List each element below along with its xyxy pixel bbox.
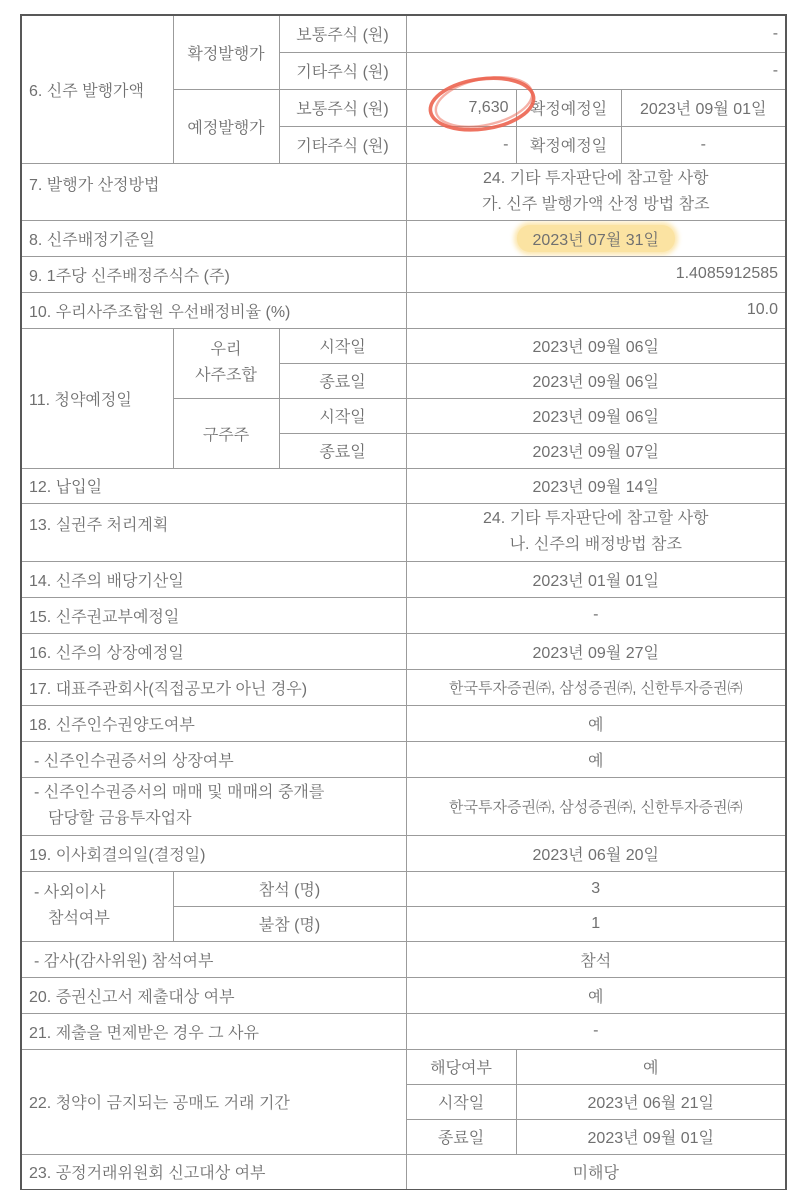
disclosure-page: 6. 신주 발행가액 확정발행가 보통주식 (원) - 기타주식 (원) - 예… — [0, 0, 800, 1190]
row17-value: 한국투자증권㈜, 삼성증권㈜, 신한투자증권㈜ — [406, 669, 786, 705]
confirmed-other-stock-label: 기타주식 (원) — [279, 52, 406, 89]
table-row: - 신주인수권증서의 매매 및 매매의 중개를 담당할 금융투자업자 한국투자증… — [21, 777, 786, 835]
row9-label: 9. 1주당 신주배정주식수 (주) — [21, 256, 406, 292]
esop-start-value: 2023년 09월 06일 — [406, 328, 786, 363]
row22-start-value: 2023년 06월 21일 — [516, 1084, 786, 1119]
row7-label: 7. 발행가 산정방법 — [21, 163, 406, 220]
row8-label: 8. 신주배정기준일 — [21, 220, 406, 256]
row7-value: 24. 기타 투자판단에 참고할 사항 가. 신주 발행가액 산정 방법 참조 — [406, 163, 786, 220]
row13-label: 13. 실권주 처리계획 — [21, 503, 406, 561]
table-row: 16. 신주의 상장예정일 2023년 09월 27일 — [21, 633, 786, 669]
expected-other-date-label: 확정예정일 — [516, 126, 621, 163]
row10-value: 10.0 — [406, 292, 786, 328]
auditor-attendance-label: - 감사(감사위원) 참석여부 — [21, 941, 406, 977]
row11-label: 11. 청약예정일 — [21, 328, 173, 468]
row14-label: 14. 신주의 배당기산일 — [21, 561, 406, 597]
table-row: 17. 대표주관회사(직접공모가 아닌 경우) 한국투자증권㈜, 삼성증권㈜, … — [21, 669, 786, 705]
absent-count-label: 불참 (명) — [173, 906, 406, 941]
table-row: 20. 증권신고서 제출대상 여부 예 — [21, 977, 786, 1013]
attend-count-label: 참석 (명) — [173, 871, 406, 906]
row21-label: 21. 제출을 면제받은 경우 그 사유 — [21, 1013, 406, 1049]
table-row: 18. 신주인수권양도여부 예 — [21, 705, 786, 741]
table-row: 14. 신주의 배당기산일 2023년 01월 01일 — [21, 561, 786, 597]
disclosure-table: 6. 신주 발행가액 확정발행가 보통주식 (원) - 기타주식 (원) - 예… — [20, 14, 787, 1190]
outside-directors-label-line2: 참석여부 — [34, 906, 166, 932]
expected-other-date-value: - — [621, 126, 786, 163]
auditor-attendance-value: 참석 — [406, 941, 786, 977]
table-row: 22. 청약이 금지되는 공매도 거래 기간 해당여부 예 — [21, 1049, 786, 1084]
row22-applicable-value: 예 — [516, 1049, 786, 1084]
row13-value-line1: 24. 기타 투자판단에 참고할 사항 — [414, 506, 779, 532]
expected-other-stock-label: 기타주식 (원) — [279, 126, 406, 163]
old-shareholders-start-label: 시작일 — [279, 398, 406, 433]
absent-count-value: 1 — [406, 906, 786, 941]
attend-count-value: 3 — [406, 871, 786, 906]
row12-value: 2023년 09월 14일 — [406, 468, 786, 503]
row15-value: - — [406, 597, 786, 633]
confirmed-other-stock-value: - — [406, 52, 786, 89]
table-row: 7. 발행가 산정방법 24. 기타 투자판단에 참고할 사항 가. 신주 발행… — [21, 163, 786, 220]
old-shareholders-end-value: 2023년 09월 07일 — [406, 433, 786, 468]
row22-end-label: 종료일 — [406, 1119, 516, 1154]
row22-applicable-label: 해당여부 — [406, 1049, 516, 1084]
expected-price-label: 예정발행가 — [173, 89, 279, 163]
row22-start-label: 시작일 — [406, 1084, 516, 1119]
row8-value: 2023년 07월 31일 — [406, 220, 786, 256]
row15-label: 15. 신주권교부예정일 — [21, 597, 406, 633]
row19-value: 2023년 06월 20일 — [406, 835, 786, 871]
esop-label: 우리 사주조합 — [173, 328, 279, 398]
table-row: - 사외이사 참석여부 참석 (명) 3 — [21, 871, 786, 906]
row7-value-line1: 24. 기타 투자판단에 참고할 사항 — [414, 166, 779, 192]
old-shareholders-label: 구주주 — [173, 398, 279, 468]
old-shareholders-end-label: 종료일 — [279, 433, 406, 468]
table-row: 21. 제출을 면제받은 경우 그 사유 - — [21, 1013, 786, 1049]
row22-label: 22. 청약이 금지되는 공매도 거래 기간 — [21, 1049, 406, 1154]
row21-value: - — [406, 1013, 786, 1049]
table-row: 13. 실권주 처리계획 24. 기타 투자판단에 참고할 사항 나. 신주의 … — [21, 503, 786, 561]
table-row: - 신주인수권증서의 상장여부 예 — [21, 741, 786, 777]
row18-value: 예 — [406, 705, 786, 741]
confirmed-common-stock-value: - — [406, 15, 786, 52]
table-row: 8. 신주배정기준일 2023년 07월 31일 — [21, 220, 786, 256]
old-shareholders-start-value: 2023년 09월 06일 — [406, 398, 786, 433]
row13-value: 24. 기타 투자판단에 참고할 사항 나. 신주의 배정방법 참조 — [406, 503, 786, 561]
table-row: 10. 우리사주조합원 우선배정비율 (%) 10.0 — [21, 292, 786, 328]
confirmed-price-label: 확정발행가 — [173, 15, 279, 89]
table-row: 11. 청약예정일 우리 사주조합 시작일 2023년 09월 06일 — [21, 328, 786, 363]
row18-brokers-value: 한국투자증권㈜, 삼성증권㈜, 신한투자증권㈜ — [406, 777, 786, 835]
row16-label: 16. 신주의 상장예정일 — [21, 633, 406, 669]
row23-label: 23. 공정거래위원회 신고대상 여부 — [21, 1154, 406, 1190]
row13-value-line2: 나. 신주의 배정방법 참조 — [414, 532, 779, 558]
expected-common-stock-value: 7,630 — [406, 89, 516, 126]
esop-start-label: 시작일 — [279, 328, 406, 363]
esop-end-label: 종료일 — [279, 363, 406, 398]
esop-label-line2: 사주조합 — [181, 363, 272, 389]
table-row: 23. 공정거래위원회 신고대상 여부 미해당 — [21, 1154, 786, 1190]
table-row: 12. 납입일 2023년 09월 14일 — [21, 468, 786, 503]
row23-value: 미해당 — [406, 1154, 786, 1190]
outside-directors-label: - 사외이사 참석여부 — [21, 871, 173, 941]
table-row: 6. 신주 발행가액 확정발행가 보통주식 (원) - — [21, 15, 786, 52]
outside-directors-label-line1: - 사외이사 — [34, 880, 166, 906]
row16-value: 2023년 09월 27일 — [406, 633, 786, 669]
esop-end-value: 2023년 09월 06일 — [406, 363, 786, 398]
row20-value: 예 — [406, 977, 786, 1013]
row18-label: 18. 신주인수권양도여부 — [21, 705, 406, 741]
row6-label: 6. 신주 발행가액 — [21, 15, 173, 163]
table-row: - 감사(감사위원) 참석여부 참석 — [21, 941, 786, 977]
row18-brokers-label: - 신주인수권증서의 매매 및 매매의 중개를 담당할 금융투자업자 — [21, 777, 406, 835]
esop-label-line1: 우리 — [181, 337, 272, 363]
expected-common-stock-label: 보통주식 (원) — [279, 89, 406, 126]
row18-listing-label: - 신주인수권증서의 상장여부 — [21, 741, 406, 777]
row17-label: 17. 대표주관회사(직접공모가 아닌 경우) — [21, 669, 406, 705]
row12-label: 12. 납입일 — [21, 468, 406, 503]
highlight-annotation: 2023년 07월 31일 — [517, 225, 675, 252]
row20-label: 20. 증권신고서 제출대상 여부 — [21, 977, 406, 1013]
table-row: 15. 신주권교부예정일 - — [21, 597, 786, 633]
row10-label: 10. 우리사주조합원 우선배정비율 (%) — [21, 292, 406, 328]
row9-value: 1.4085912585 — [406, 256, 786, 292]
row14-value: 2023년 01월 01일 — [406, 561, 786, 597]
confirmed-common-stock-label: 보통주식 (원) — [279, 15, 406, 52]
table-row: 9. 1주당 신주배정주식수 (주) 1.4085912585 — [21, 256, 786, 292]
expected-other-stock-value: - — [406, 126, 516, 163]
row7-value-line2: 가. 신주 발행가액 산정 방법 참조 — [414, 192, 779, 218]
row18-listing-value: 예 — [406, 741, 786, 777]
expected-common-date-value: 2023년 09월 01일 — [621, 89, 786, 126]
row22-end-value: 2023년 09월 01일 — [516, 1119, 786, 1154]
row18-brokers-label-line2: 담당할 금융투자업자 — [34, 806, 399, 832]
table-row: 19. 이사회결의일(결정일) 2023년 06월 20일 — [21, 835, 786, 871]
row19-label: 19. 이사회결의일(결정일) — [21, 835, 406, 871]
expected-common-date-label: 확정예정일 — [516, 89, 621, 126]
row18-brokers-label-line1: - 신주인수권증서의 매매 및 매매의 중개를 — [34, 780, 399, 806]
